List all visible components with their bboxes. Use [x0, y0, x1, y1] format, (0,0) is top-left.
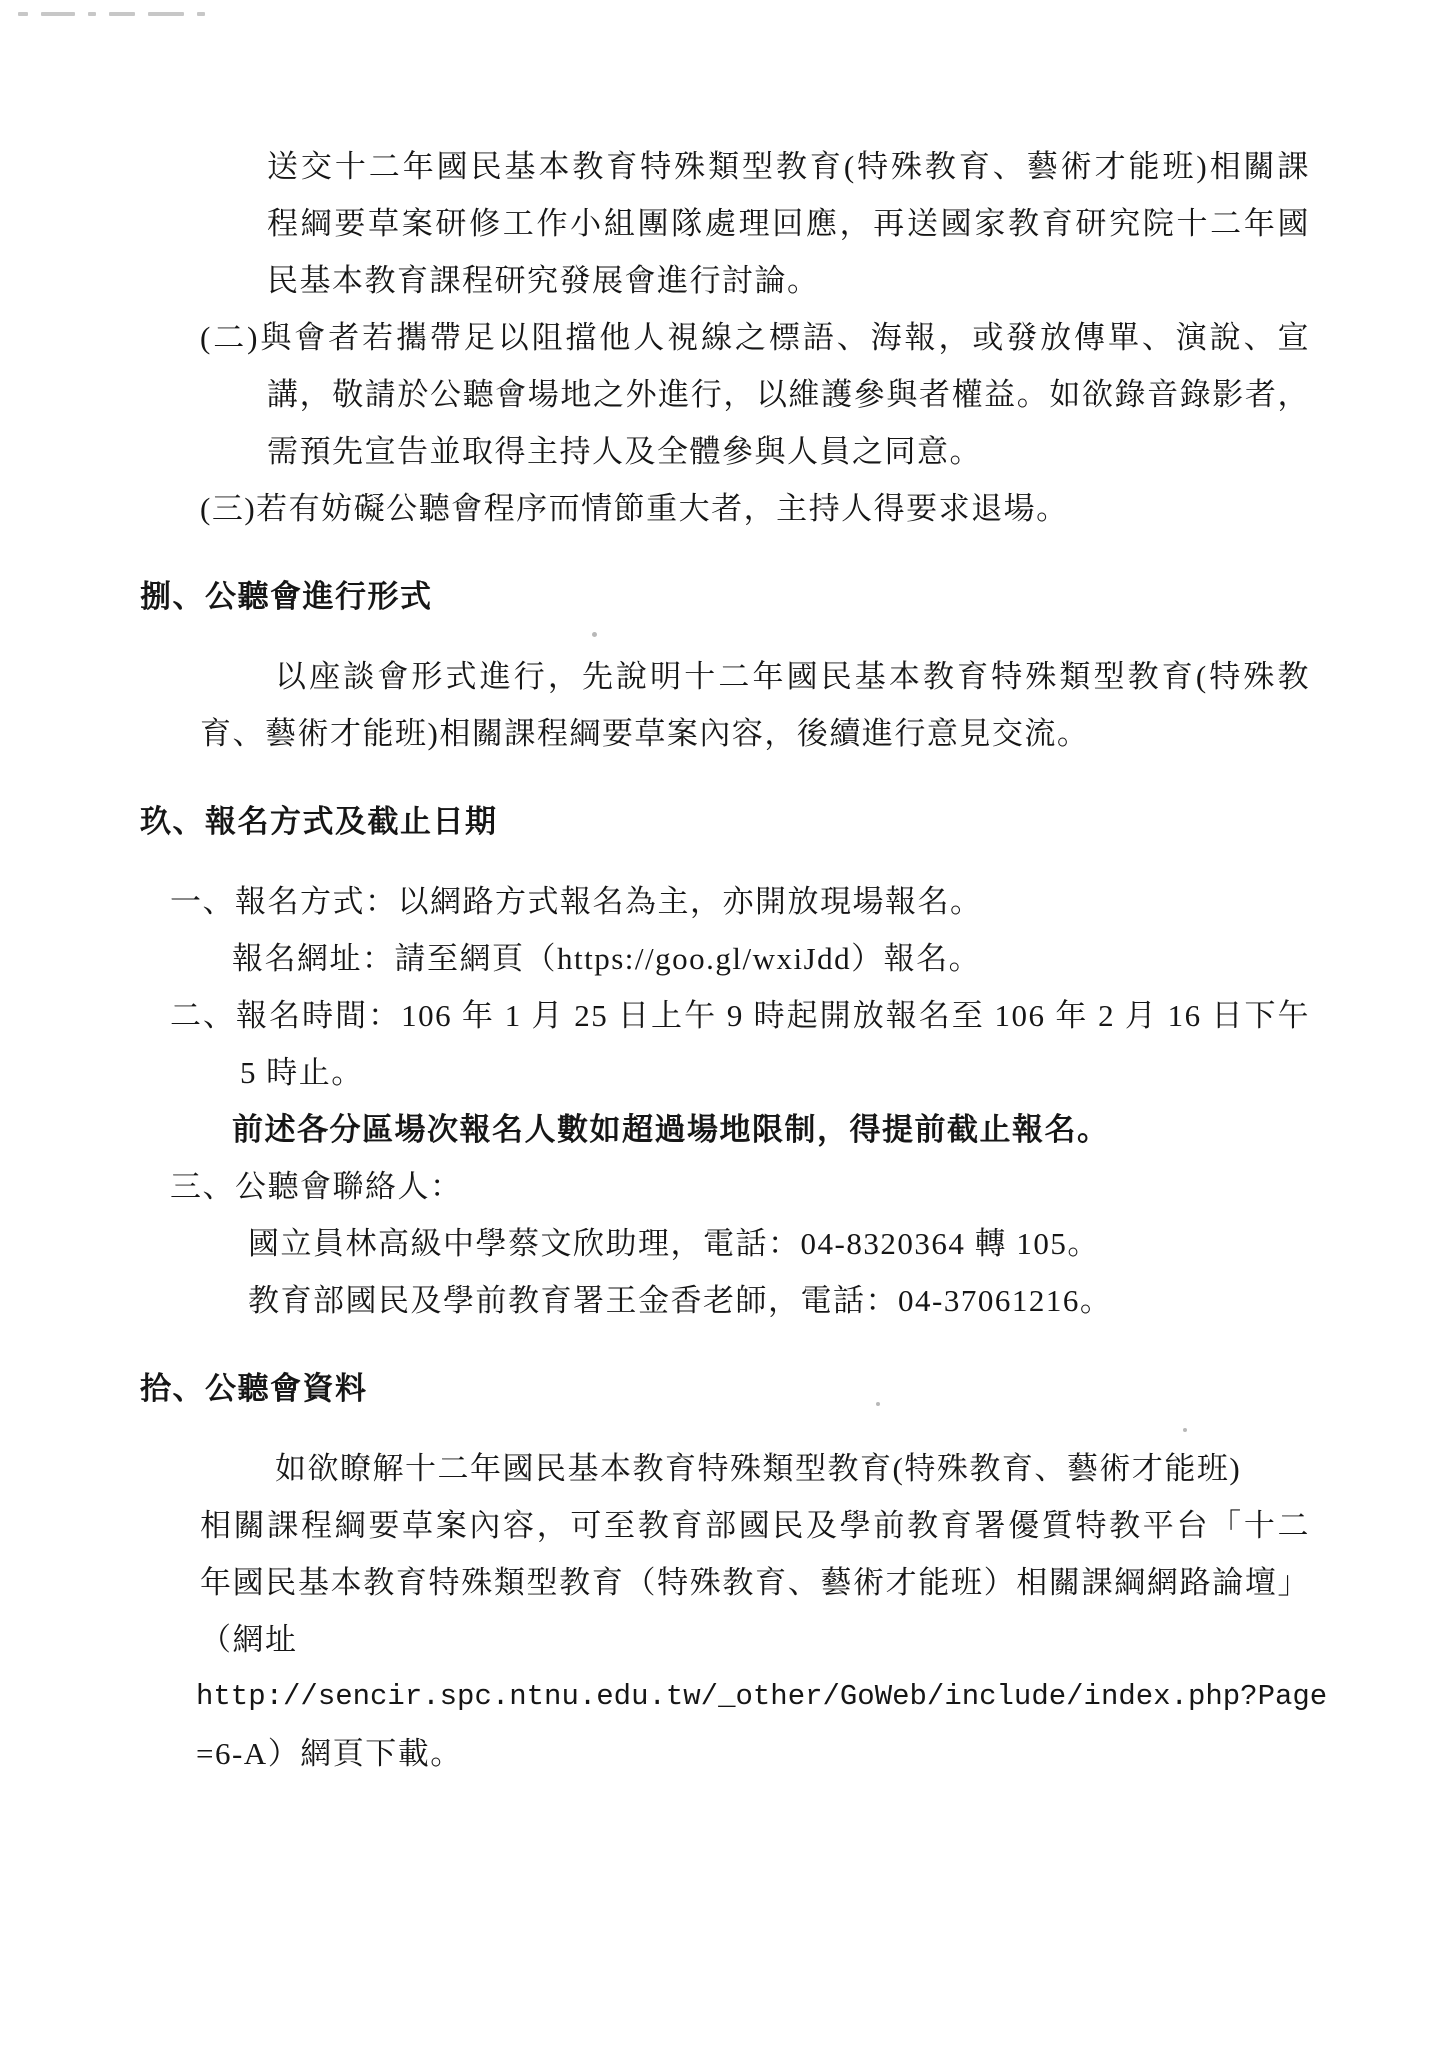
section-8-body-line-2: 育、藝術才能班)相關課程綱要草案內容，後續進行意見交流。 — [200, 705, 1448, 762]
scan-speck — [876, 1402, 880, 1406]
scan-noise-marks — [18, 12, 218, 18]
list-item-2-line-2: 講，敬請於公聽會場地之外進行，以維護參與者權益。如欲錄音錄影者， — [267, 366, 1310, 423]
section-10-heading: 拾、公聽會資料 — [140, 1360, 1448, 1417]
scan-noise-dash — [148, 12, 184, 16]
contact-line-k12ea: 教育部國民及學前教育署王金香老師，電話：04-37061216。 — [248, 1272, 1448, 1329]
section-8-body-line-1: 以座談會形式進行，先說明十二年國民基本教育特殊類型教育(特殊教 — [275, 648, 1310, 705]
intro-para-line-3: 民基本教育課程研究發展會進行討論。 — [267, 252, 1448, 309]
scan-speck — [592, 632, 597, 637]
section-10-body-line-2: 相關課程綱要草案內容，可至教育部國民及學前教育署優質特教平台「十二 — [200, 1497, 1310, 1554]
registration-method-item: 一、報名方式：以網路方式報名為主，亦開放現場報名。 — [170, 873, 1448, 930]
section-10-body-line-4: （網址 — [200, 1611, 1448, 1668]
scan-noise-dash — [109, 12, 135, 16]
intro-para-line-1: 送交十二年國民基本教育特殊類型教育(特殊教育、藝術才能班)相關課 — [267, 138, 1310, 195]
section-10-body-line-3: 年國民基本教育特殊類型教育（特殊教育、藝術才能班）相關課綱網路論壇」 — [200, 1554, 1310, 1611]
list-item-2-line-1: (二)與會者若攜帶足以阻擋他人視線之標語、海報，或發放傳單、演說、宣 — [200, 309, 1310, 366]
list-item-2-line-3: 需預先宣告並取得主持人及全體參與人員之同意。 — [267, 423, 1448, 480]
intro-para-line-2: 程綱要草案研修工作小組團隊處理回應，再送國家教育研究院十二年國 — [267, 195, 1310, 252]
section-9-heading: 玖、報名方式及截止日期 — [140, 793, 1448, 850]
section-8-heading: 捌、公聽會進行形式 — [140, 568, 1448, 625]
contact-line-yuanlin: 國立員林高級中學蔡文欣助理，電話：04-8320364 轉 105。 — [248, 1215, 1448, 1272]
document-body: 送交十二年國民基本教育特殊類型教育(特殊教育、藝術才能班)相關課 程綱要草案研修… — [0, 0, 1448, 1782]
registration-url-line: 報名網址：請至網頁（https://goo.gl/wxiJdd）報名。 — [232, 930, 1448, 987]
section-10-url-line: http://sencir.spc.ntnu.edu.tw/_other/GoW… — [196, 1668, 1448, 1725]
scanned-document-page: 送交十二年國民基本教育特殊類型教育(特殊教育、藝術才能班)相關課 程綱要草案研修… — [0, 0, 1448, 2048]
section-10-body-line-1: 如欲瞭解十二年國民基本教育特殊類型教育(特殊教育、藝術才能班) — [275, 1440, 1448, 1497]
scan-noise-dash — [88, 12, 96, 16]
scan-noise-dash — [197, 12, 205, 16]
early-close-note: 前述各分區場次報名人數如超過場地限制，得提前截止報名。 — [232, 1101, 1448, 1158]
scan-noise-dash — [18, 12, 28, 16]
section-10-body-line-6: =6-A）網頁下載。 — [196, 1725, 1448, 1782]
scan-noise-dash — [41, 12, 75, 16]
contacts-item: 三、公聽會聯絡人： — [170, 1158, 1448, 1215]
registration-time-line-2: 5 時止。 — [240, 1044, 1448, 1101]
list-item-3: (三)若有妨礙公聽會程序而情節重大者，主持人得要求退場。 — [200, 480, 1448, 537]
registration-time-line-1: 二、報名時間：106 年 1 月 25 日上午 9 時起開放報名至 106 年 … — [170, 987, 1310, 1044]
scan-speck — [1183, 1428, 1187, 1432]
